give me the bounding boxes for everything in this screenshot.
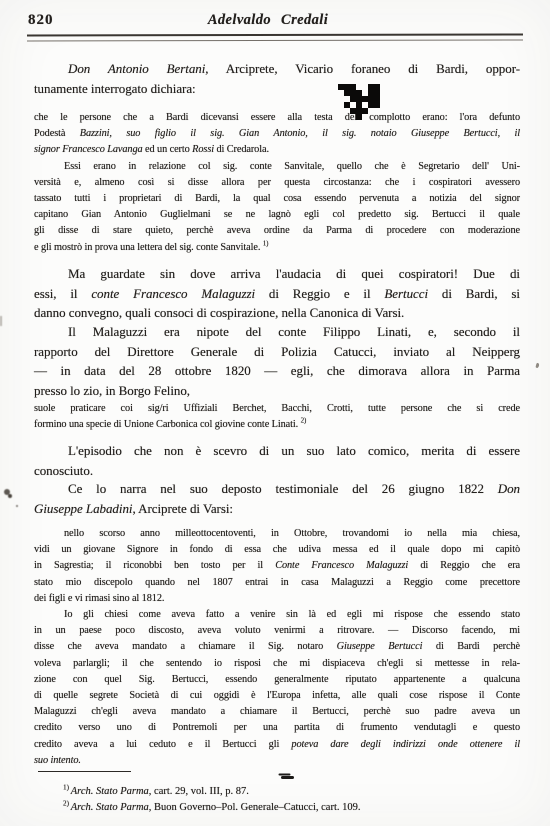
text-block: che le persone che a Bardi dicevansi ess… (34, 110, 520, 256)
text-block: Il Malaguzzi era nipote del conte Filipp… (34, 322, 520, 400)
ink-blot-artifact (338, 84, 344, 90)
text-line: Don Antonio Bertani, Arciprete, Vicario … (34, 59, 520, 79)
text-line: credito aveva a lui ceduto e il Bertucci… (34, 737, 520, 753)
text-line: vidi un giovane Signore in fondo di essa… (34, 542, 520, 558)
footnote-line: 2) Arch. Stato Parma, Buon Governo–Pol. … (34, 800, 520, 816)
text-line: tunamente interrogato dichiara: (34, 79, 520, 99)
text-line: danno convegno, quali consoci di cospira… (34, 303, 520, 323)
text-line: e gli mostrò in prova una lettera del si… (34, 240, 520, 256)
text-line: che le persone che a Bardi dicevansi ess… (34, 110, 520, 126)
header-rule (27, 33, 523, 41)
footnote-marker: 2) (301, 417, 307, 425)
footnote-smudge-artifact (281, 776, 294, 779)
text-line: presso lo zio, in Borgo Felino, (34, 381, 520, 401)
text-block: Ma guardate sin dove arriva l'audacia di… (34, 264, 520, 323)
text-line: L'episodio che non è scevro di un suo la… (34, 441, 520, 461)
text-line: gli disse di stare quieto, perchè aveva … (34, 223, 520, 239)
text-line: formino una specie di Unione Carbonica c… (34, 417, 520, 433)
text-block: Ce lo narra nel suo deposto testimoniale… (34, 479, 520, 518)
footnotes: 1) Arch. Stato Parma, cart. 29, vol. III… (34, 784, 520, 815)
text-line: Essi erano in relazione col sig. conte S… (34, 159, 520, 175)
text-line: rapporto del Direttore Generale di Poliz… (34, 342, 520, 362)
footnote-separator (38, 771, 131, 772)
text-line: in un paese poco discosto, aveva voluto … (34, 623, 520, 639)
text-line: — in data del 28 ottobre 1820 — egli, ch… (34, 361, 520, 381)
footnote-marker: 2) (63, 799, 71, 807)
text-line: voleva parlargli; il che sentendo io ris… (34, 656, 520, 672)
text-line: suole praticare coi sig/ri Uffiziali Ber… (34, 401, 520, 417)
footnote-marker: 1) (63, 784, 71, 792)
text-block: nello scorso anno milleottocentoventi, i… (34, 526, 520, 769)
edge-speck-artifact (0, 316, 2, 326)
text-block: suole praticare coi sig/ri Uffiziali Ber… (34, 401, 520, 433)
text-line: Ce lo narra nel suo deposto testimoniale… (34, 479, 520, 499)
book-page: 820 Adelvaldo Credali Don Antonio Bertan… (0, 0, 550, 826)
text-line: signor Francesco Lavanga ed un certo Ros… (34, 142, 520, 158)
footnote-marker: 1) (263, 239, 269, 247)
text-line: Ma guardate sin dove arriva l'audacia di… (34, 264, 520, 284)
text-line: Io gli chiesi come aveva fatto a venire … (34, 607, 520, 623)
text-line: Malaguzzi ch'egli aveva mandato a chiama… (34, 704, 520, 720)
text-block: L'episodio che non è scevro di un suo la… (34, 441, 520, 480)
text-block: Don Antonio Bertani, Arciprete, Vicario … (34, 59, 520, 98)
text-line: zione con quel Sig. Bertucci, essendo ge… (34, 672, 520, 688)
text-line: versità e, almeno così si disse allora p… (34, 175, 520, 191)
page-speck-artifact (535, 363, 539, 369)
margin-smudge-artifact (4, 489, 10, 495)
footnote-line: 1) Arch. Stato Parma, cart. 29, vol. III… (34, 784, 520, 800)
text-line: tassato tutti i proprietari di Bardi, la… (34, 191, 520, 207)
text-line: essi, il conte Francesco Malaguzzi di Re… (34, 284, 520, 304)
text-line: nello scorso anno milleottocentoventi, i… (34, 526, 520, 542)
text-line: credito verso uno di Pontremoli per una … (34, 720, 520, 736)
text-line: Podestà Bazzini, suo figlio il sig. Gian… (34, 126, 520, 142)
text-line: Il Malaguzzi era nipote del conte Filipp… (34, 322, 520, 342)
text-line: disse che aveva mandato a chiamare il Si… (34, 639, 520, 655)
text-line: in Sagrestia; il riconobbi ben tosto per… (34, 558, 520, 574)
text-line: suo intento. (34, 753, 520, 769)
text-line: stato mio discepolo quando nel 1807 entr… (34, 575, 520, 591)
running-title: Adelvaldo Credali (0, 12, 536, 29)
text-line: conosciuto. (34, 461, 520, 481)
text-line: di quelle segrete Società di cui oggidì … (34, 688, 520, 704)
text-line: Giuseppe Labadini, Arciprete di Varsi: (34, 499, 520, 519)
text-line: capitano Gian Antonio Guglielmani se ne … (34, 207, 520, 223)
text-line: dei figli e vi rimasi sino al 1812. (34, 591, 520, 607)
